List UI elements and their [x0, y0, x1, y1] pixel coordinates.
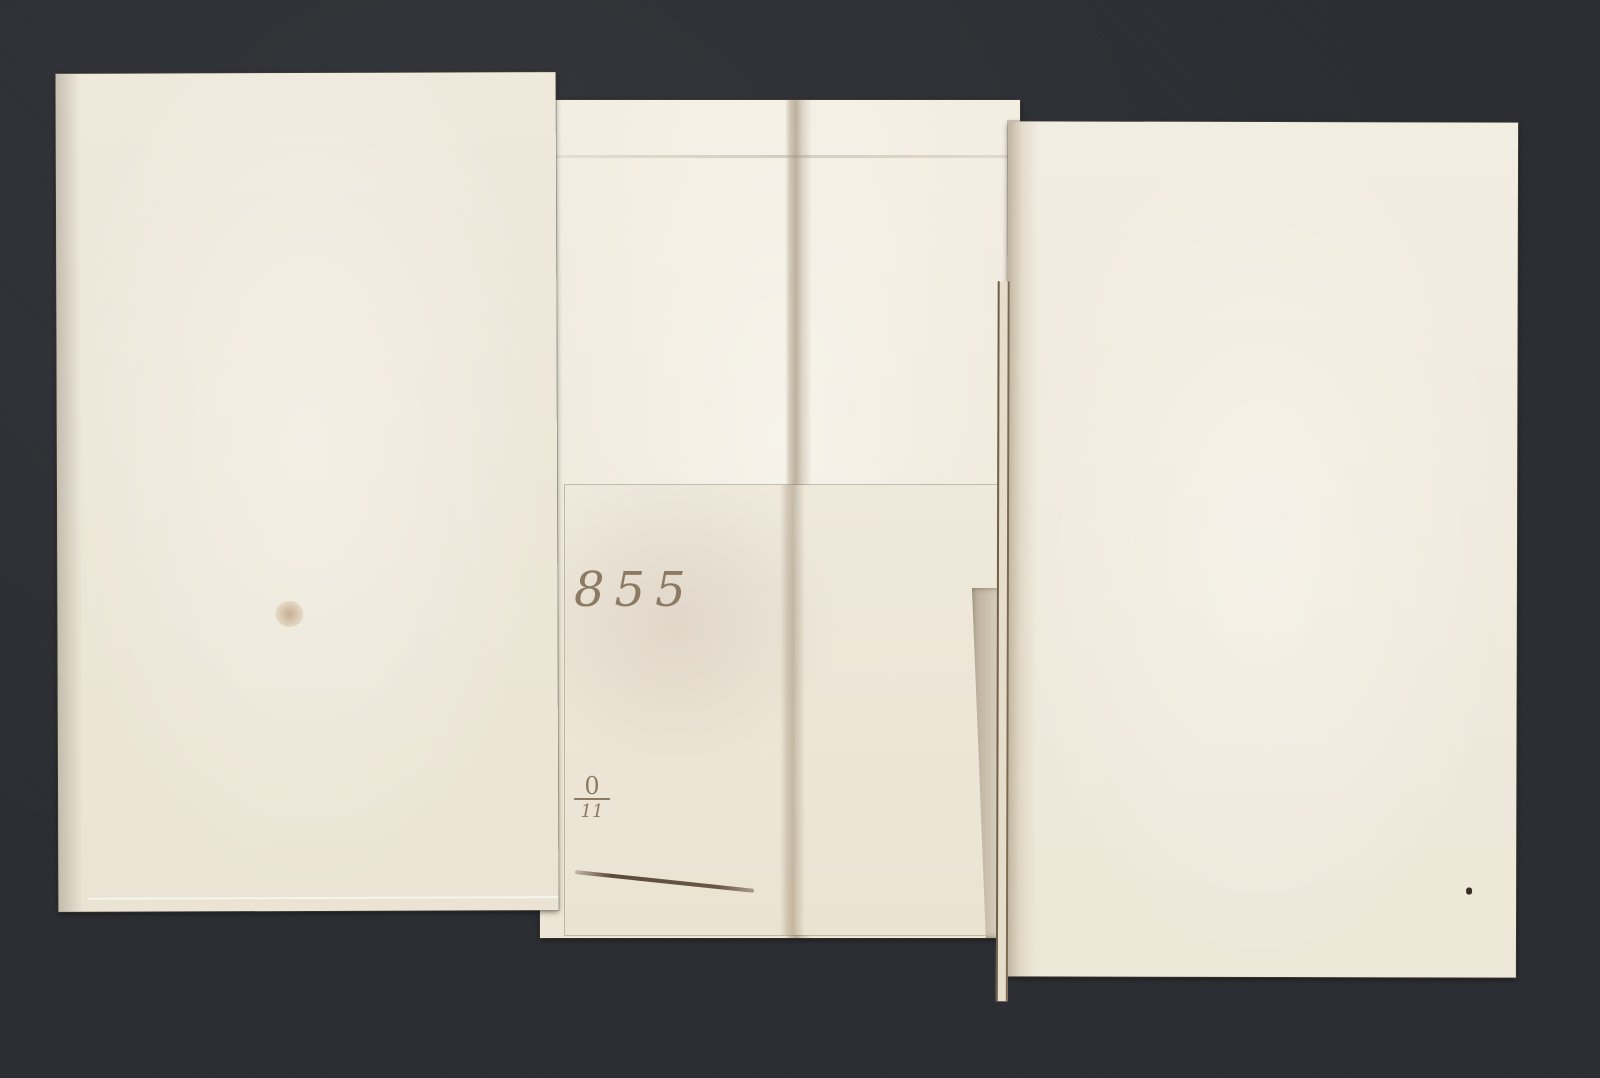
ink-spot	[1466, 888, 1472, 895]
handwritten-number: 855	[574, 562, 696, 618]
rate-mark-bottom: 11	[574, 802, 610, 822]
letter-photo: 855 0 11	[0, 0, 1600, 1078]
inner-lower-flap	[565, 485, 1005, 935]
right-folded-panel	[1006, 121, 1518, 977]
foxing-stain	[275, 601, 303, 627]
bottom-crease	[88, 896, 558, 900]
left-folded-panel	[56, 72, 559, 912]
stacked-paper-edges	[996, 281, 1010, 1001]
top-crease	[550, 155, 1010, 158]
rate-mark: 0 11	[574, 776, 610, 822]
rate-mark-top: 0	[574, 776, 610, 796]
